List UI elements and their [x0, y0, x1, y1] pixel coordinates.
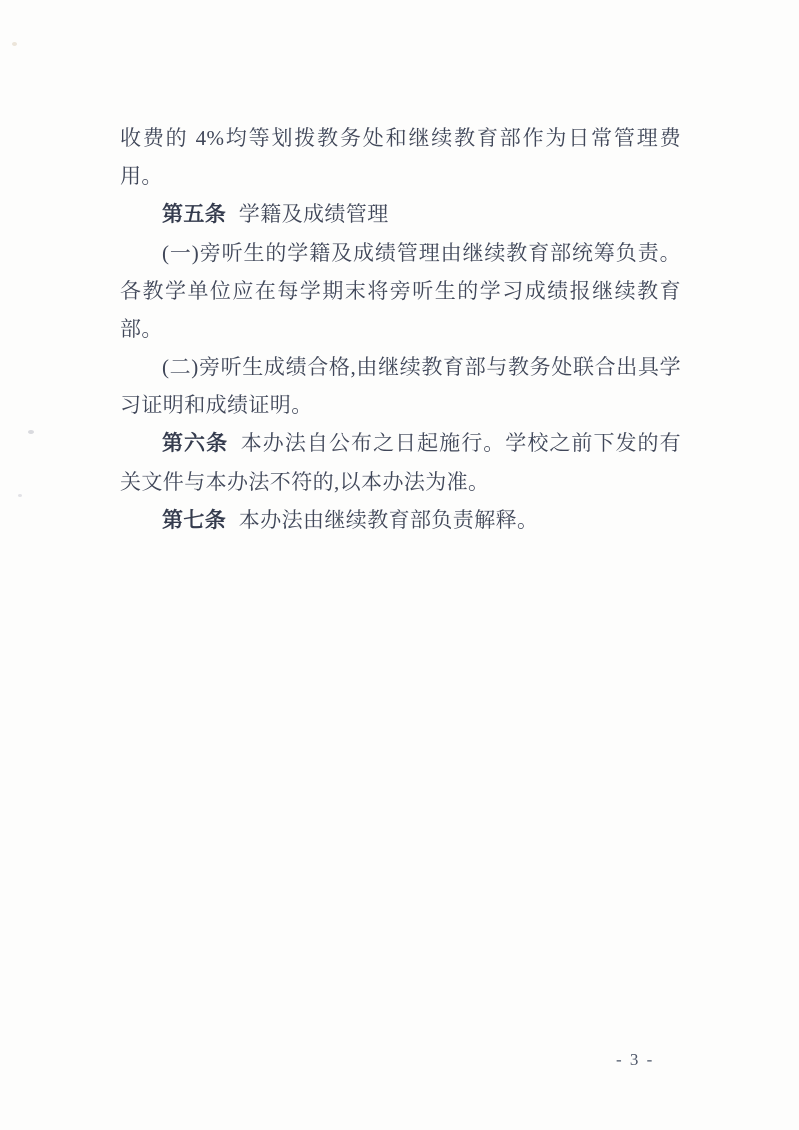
article-7-text: 本办法由继续教育部负责解释。 — [239, 508, 539, 532]
scan-speck — [28, 430, 34, 434]
article-5-heading: 第五条学籍及成绩管理 — [120, 195, 681, 234]
article-7-label: 第七条 — [162, 509, 226, 532]
scan-speck — [12, 42, 17, 46]
article-5-label: 第五条 — [162, 203, 226, 226]
article-7-paragraph: 第七条本办法由继续教育部负责解释。 — [120, 501, 681, 540]
article-6-paragraph: 第六条本办法自公布之日起施行。学校之前下发的有关文件与本办法不符的,以本办法为准… — [120, 424, 681, 501]
document-body: 收费的 4%均等划拨教务处和继续教育部作为日常管理费用。 第五条学籍及成绩管理 … — [120, 119, 681, 540]
scanned-document-page: 收费的 4%均等划拨教务处和继续教育部作为日常管理费用。 第五条学籍及成绩管理 … — [0, 0, 799, 1130]
page-number: - 3 - — [616, 1050, 686, 1070]
paragraph-fee-allocation: 收费的 4%均等划拨教务处和继续教育部作为日常管理费用。 — [120, 119, 681, 195]
paragraph-text: (一)旁听生的学籍及成绩管理由继续教育部统筹负责。各教学单位应在每学期末将旁听生… — [120, 241, 681, 341]
paragraph-item-2: (二)旁听生成绩合格,由继续教育部与教务处联合出具学习证明和成绩证明。 — [120, 348, 681, 424]
article-5-title: 学籍及成绩管理 — [239, 202, 389, 226]
scan-speck — [18, 494, 22, 497]
paragraph-item-1: (一)旁听生的学籍及成绩管理由继续教育部统筹负责。各教学单位应在每学期末将旁听生… — [120, 234, 681, 348]
paragraph-text: (二)旁听生成绩合格,由继续教育部与教务处联合出具学习证明和成绩证明。 — [120, 355, 681, 417]
article-6-label: 第六条 — [162, 432, 228, 455]
paragraph-text: 收费的 4%均等划拨教务处和继续教育部作为日常管理费用。 — [120, 126, 681, 188]
